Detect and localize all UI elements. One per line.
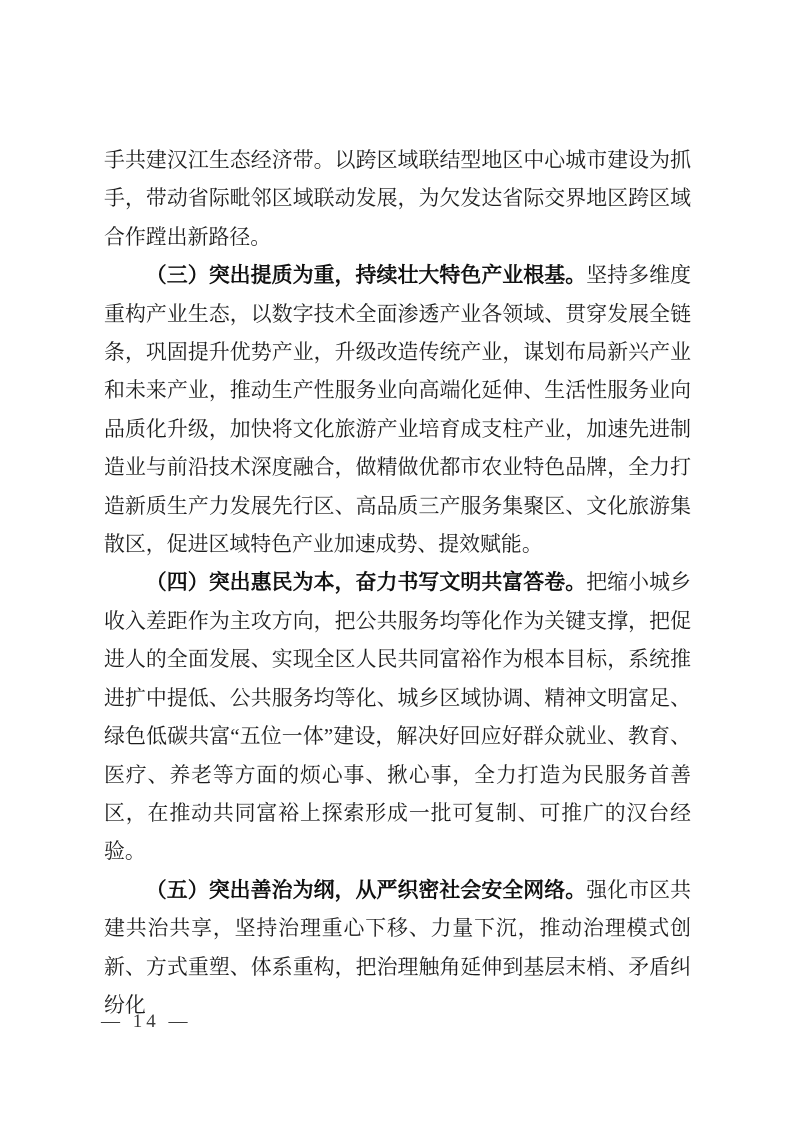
paragraph-text: 手共建汉江生态经济带。以跨区域联结型地区中心城市建设为抓手，带动省际毗邻区域联动… — [104, 148, 691, 249]
section-heading: （三）突出提质为重，持续壮大特色产业根基。 — [146, 263, 586, 287]
paragraph: （三）突出提质为重，持续壮大特色产业根基。坚持多维度重构产业生态，以数字技术全面… — [104, 256, 691, 563]
paragraph: 手共建汉江生态经济带。以跨区域联结型地区中心城市建设为抓手，带动省际毗邻区域联动… — [104, 141, 691, 256]
paragraph: （五）突出善治为纲，从严织密社会安全网络。强化市区共建共治共享，坚持治理重心下移… — [104, 871, 691, 1025]
section-heading: （五）突出善治为纲，从严织密社会安全网络。 — [146, 878, 586, 902]
paragraph: （四）突出惠民为本，奋力书写文明共富答卷。把缩小城乡收入差距作为主攻方向，把公共… — [104, 563, 691, 870]
section-heading: （四）突出惠民为本，奋力书写文明共富答卷。 — [146, 570, 586, 594]
paragraph-text: 坚持多维度重构产业生态，以数字技术全面渗透产业各领域、贯穿发展全链条，巩固提升优… — [104, 263, 691, 556]
paragraph-text: 把缩小城乡收入差距作为主攻方向，把公共服务均等化作为关键支撑，把促进人的全面发展… — [104, 570, 691, 863]
document-page: 手共建汉江生态经济带。以跨区域联结型地区中心城市建设为抓手，带动省际毗邻区域联动… — [0, 0, 793, 1122]
document-body: 手共建汉江生态经济带。以跨区域联结型地区中心城市建设为抓手，带动省际毗邻区域联动… — [104, 141, 691, 1024]
page-number: — 14 — — [101, 1008, 192, 1036]
